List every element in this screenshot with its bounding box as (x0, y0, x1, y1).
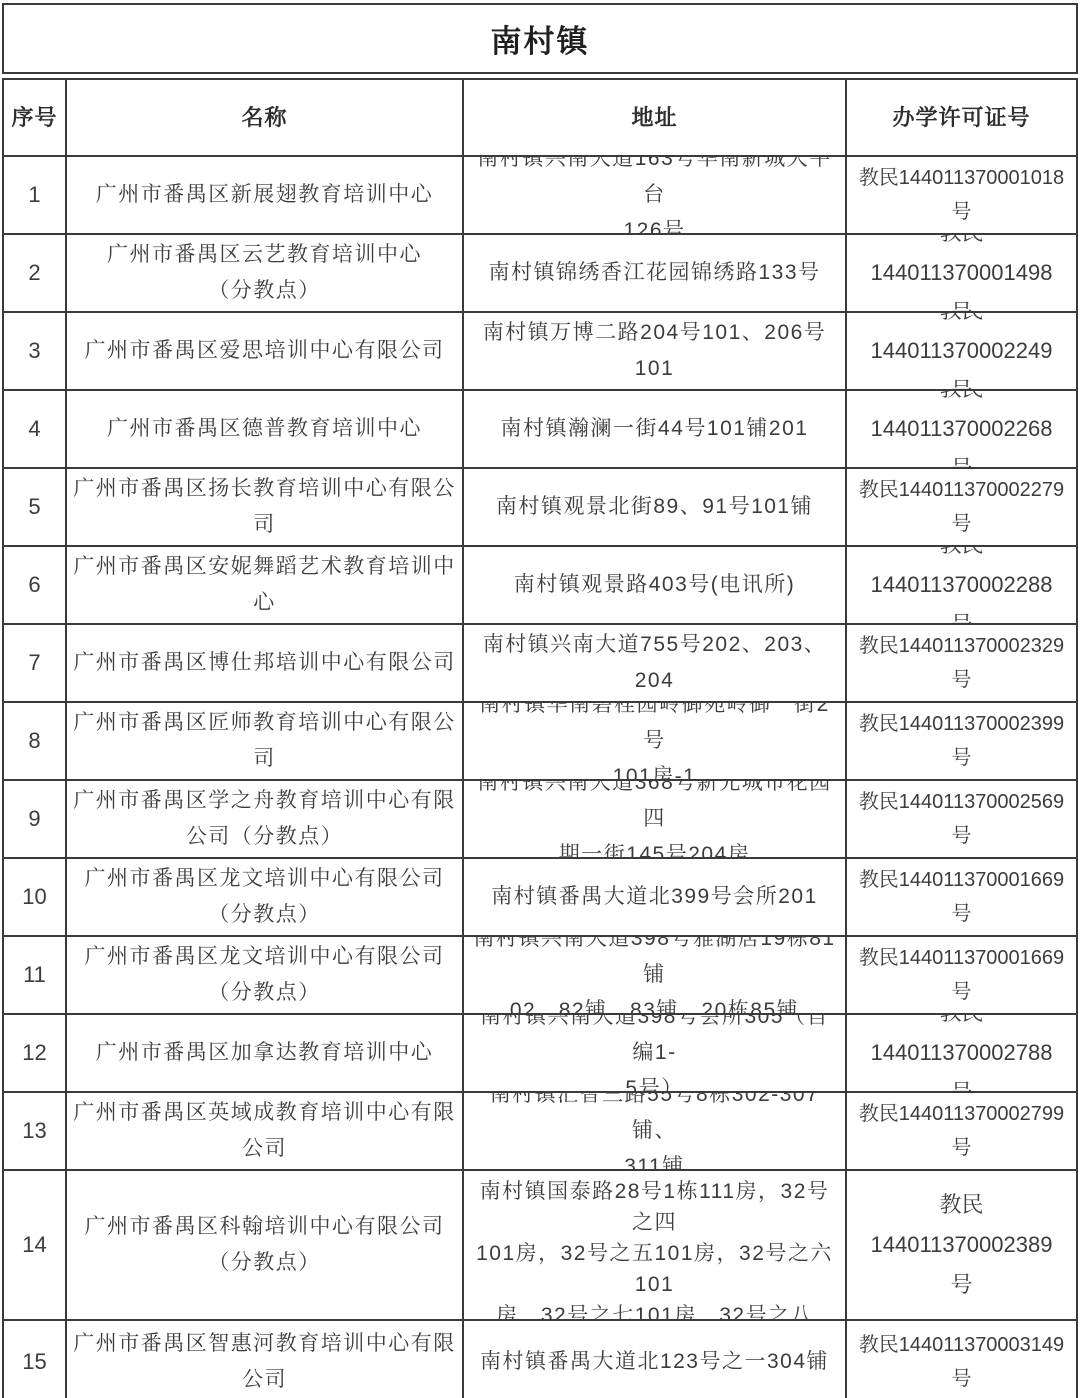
org-address: 南村镇汇智三路55号8栋302-307铺、 311铺 (462, 1093, 845, 1169)
org-name: 广州市番禺区安妮舞蹈艺术教育培训中 心 (65, 547, 462, 623)
org-name: 广州市番禺区博仕邦培训中心有限公司 (65, 625, 462, 701)
org-license: 教民144011370001669号 (845, 937, 1076, 1013)
row-index: 15 (4, 1321, 65, 1398)
row-index: 2 (4, 235, 65, 311)
org-name: 广州市番禺区云艺教育培训中心 （分教点） (65, 235, 462, 311)
org-license: 教民144011370001018号 (845, 157, 1076, 233)
row-index: 1 (4, 157, 65, 233)
org-license: 教民144011370001669号 (845, 859, 1076, 935)
org-name: 广州市番禺区匠师教育培训中心有限公 司 (65, 703, 462, 779)
row-index: 11 (4, 937, 65, 1013)
org-address: 南村镇兴南大道755号202、203、204 (462, 625, 845, 701)
table-row: 7 广州市番禺区博仕邦培训中心有限公司 南村镇兴南大道755号202、203、2… (4, 623, 1076, 701)
row-index: 6 (4, 547, 65, 623)
table-row: 1 广州市番禺区新展翅教育培训中心 南村镇兴南大道163号华南新城大平台 126… (4, 155, 1076, 233)
table-row: 2 广州市番禺区云艺教育培训中心 （分教点） 南村镇锦绣香江花园锦绣路133号 … (4, 233, 1076, 311)
header-index: 序号 (4, 80, 65, 155)
org-license: 教民144011370003149号 (845, 1321, 1076, 1398)
table-row: 4 广州市番禺区德普教育培训中心 南村镇瀚澜一街44号101铺201 教民144… (4, 389, 1076, 467)
org-license: 教民144011370001498 号 (845, 235, 1076, 311)
org-license: 教民144011370002799号 (845, 1093, 1076, 1169)
table-row: 8 广州市番禺区匠师教育培训中心有限公 司 南村镇华南碧桂园岭御苑岭御一街2号 … (4, 701, 1076, 779)
org-license: 教民144011370002329号 (845, 625, 1076, 701)
row-index: 9 (4, 781, 65, 857)
org-address: 南村镇兴南大道368号新光城市花园四 期一街145号204房 (462, 781, 845, 857)
table-row: 12 广州市番禺区加拿达教育培训中心 南村镇兴南大道398号会所305（自编1-… (4, 1013, 1076, 1091)
org-name: 广州市番禺区新展翅教育培训中心 (65, 157, 462, 233)
org-name: 广州市番禺区龙文培训中心有限公司 （分教点） (65, 937, 462, 1013)
license-table: 序号 名称 地址 办学许可证号 1 广州市番禺区新展翅教育培训中心 南村镇兴南大… (2, 78, 1078, 1398)
table-row: 11 广州市番禺区龙文培训中心有限公司 （分教点） 南村镇兴南大道398号雅湖居… (4, 935, 1076, 1013)
title-box: 南村镇 (2, 3, 1078, 74)
org-name: 广州市番禺区学之舟教育培训中心有限 公司（分教点） (65, 781, 462, 857)
table-row: 10 广州市番禺区龙文培训中心有限公司 （分教点） 南村镇番禺大道北399号会所… (4, 857, 1076, 935)
page-title: 南村镇 (491, 16, 590, 61)
table-row: 13 广州市番禺区英域成教育培训中心有限 公司 南村镇汇智三路55号8栋302-… (4, 1091, 1076, 1169)
row-index: 5 (4, 469, 65, 545)
table-row: 14 广州市番禺区科翰培训中心有限公司 （分教点） 南村镇国泰路28号1栋111… (4, 1169, 1076, 1319)
row-index: 8 (4, 703, 65, 779)
org-name: 广州市番禺区加拿达教育培训中心 (65, 1015, 462, 1091)
row-index: 7 (4, 625, 65, 701)
org-license: 教民144011370002279号 (845, 469, 1076, 545)
row-index: 3 (4, 313, 65, 389)
org-name: 广州市番禺区科翰培训中心有限公司 （分教点） (65, 1171, 462, 1319)
org-address: 南村镇观景北街89、91号101铺 (462, 469, 845, 545)
org-license: 教民144011370002389 号 (845, 1171, 1076, 1319)
org-address: 南村镇国泰路28号1栋111房，32号之四 101房，32号之五101房，32号… (462, 1171, 845, 1319)
org-license: 教民144011370002569号 (845, 781, 1076, 857)
row-index: 14 (4, 1171, 65, 1319)
org-license: 教民144011370002288 号 (845, 547, 1076, 623)
row-index: 10 (4, 859, 65, 935)
header-name: 名称 (65, 80, 462, 155)
org-address: 南村镇兴南大道398号雅湖居19栋81铺 02、82铺、83铺，20栋85铺 (462, 937, 845, 1013)
table-row: 5 广州市番禺区扬长教育培训中心有限公 司 南村镇观景北街89、91号101铺 … (4, 467, 1076, 545)
org-address: 南村镇番禺大道北399号会所201 (462, 859, 845, 935)
row-index: 4 (4, 391, 65, 467)
table-header-row: 序号 名称 地址 办学许可证号 (4, 80, 1076, 155)
document-page: 南村镇 序号 名称 地址 办学许可证号 1 广州市番禺区新展翅教育培训中心 南村… (0, 0, 1080, 1398)
org-address: 南村镇观景路403号(电讯所) (462, 547, 845, 623)
org-license: 教民144011370002788 号 (845, 1015, 1076, 1091)
table-row: 9 广州市番禺区学之舟教育培训中心有限 公司（分教点） 南村镇兴南大道368号新… (4, 779, 1076, 857)
org-address: 南村镇兴南大道398号会所305（自编1- 5号） (462, 1015, 845, 1091)
table-row: 6 广州市番禺区安妮舞蹈艺术教育培训中 心 南村镇观景路403号(电讯所) 教民… (4, 545, 1076, 623)
table-row: 15 广州市番禺区智惠河教育培训中心有限 公司 南村镇番禺大道北123号之一30… (4, 1319, 1076, 1398)
org-name: 广州市番禺区爱思培训中心有限公司 (65, 313, 462, 389)
org-license: 教民144011370002249 号 (845, 313, 1076, 389)
table-row: 3 广州市番禺区爱思培训中心有限公司 南村镇万博二路204号101、206号10… (4, 311, 1076, 389)
org-address: 南村镇华南碧桂园岭御苑岭御一街2号 101房-1 (462, 703, 845, 779)
row-index: 13 (4, 1093, 65, 1169)
org-address: 南村镇万博二路204号101、206号101 (462, 313, 845, 389)
row-index: 12 (4, 1015, 65, 1091)
org-name: 广州市番禺区德普教育培训中心 (65, 391, 462, 467)
org-license: 教民144011370002399号 (845, 703, 1076, 779)
org-address: 南村镇锦绣香江花园锦绣路133号 (462, 235, 845, 311)
org-address: 南村镇番禺大道北123号之一304铺 (462, 1321, 845, 1398)
org-address: 南村镇瀚澜一街44号101铺201 (462, 391, 845, 467)
org-address: 南村镇兴南大道163号华南新城大平台 126号 (462, 157, 845, 233)
org-name: 广州市番禺区龙文培训中心有限公司 （分教点） (65, 859, 462, 935)
org-name: 广州市番禺区英域成教育培训中心有限 公司 (65, 1093, 462, 1169)
org-name: 广州市番禺区扬长教育培训中心有限公 司 (65, 469, 462, 545)
header-license: 办学许可证号 (845, 80, 1076, 155)
org-license: 教民144011370002268 号 (845, 391, 1076, 467)
org-name: 广州市番禺区智惠河教育培训中心有限 公司 (65, 1321, 462, 1398)
header-address: 地址 (462, 80, 845, 155)
